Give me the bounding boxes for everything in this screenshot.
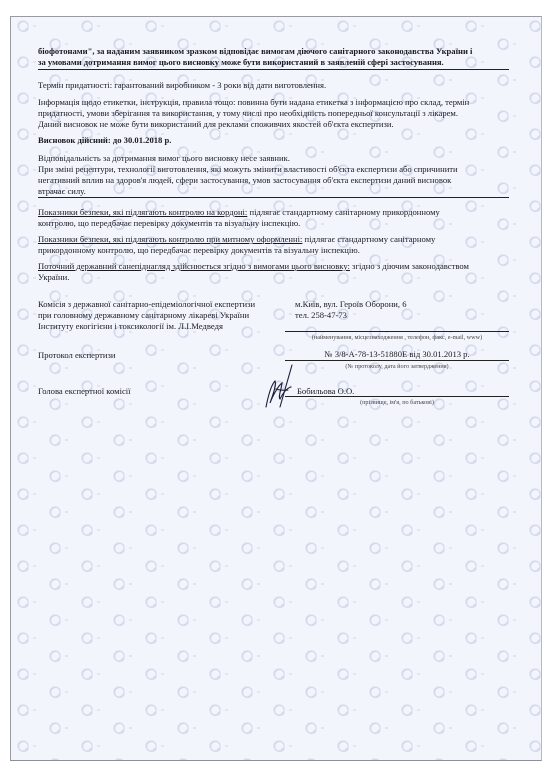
- commission-name-2: при головному державному санітарному лік…: [38, 310, 278, 321]
- commission-address: м.Київ, вул. Героїв Оборони, 6: [295, 299, 495, 310]
- supervision: Поточний державний санепіднагляд здійсню…: [38, 261, 508, 272]
- responsibility-3: негативний вплив на здоров'я людей, сфер…: [38, 175, 508, 186]
- commission-name-1: Комісія з державної санітарно-епідеміоло…: [38, 299, 278, 310]
- label-info-3: Даний висновок не може бути використаний…: [38, 119, 508, 130]
- border-control-2: контролю, що передбачає перевірку докуме…: [38, 218, 508, 229]
- chair-caption: (прізвище, ім'я, по батькові): [285, 398, 509, 409]
- supervision-label: Поточний державний санепіднагляд здійсню…: [38, 261, 350, 271]
- divider: [38, 69, 509, 70]
- chair-label: Голова експертної комісії: [38, 386, 238, 397]
- commission-caption: (найменування, місцезнаходження , телефо…: [285, 333, 509, 344]
- commission-name-3: Інституту екогігієни і токсикології ім. …: [38, 321, 278, 332]
- protocol-caption: (№ протоколу, дата його затвердження): [285, 362, 509, 373]
- commission-phone: тел. 258-47-73: [295, 310, 495, 321]
- customs-control-2: прикордонному контролю, що передбачає пе…: [38, 245, 508, 256]
- signature-icon: [262, 363, 298, 413]
- customs-control: Показники безпеки, які підлягають контро…: [38, 234, 508, 245]
- protocol-label: Протокол експертизи: [38, 350, 238, 361]
- chair-name: Бобильова О.О.: [297, 386, 497, 397]
- protocol-rule: [285, 360, 509, 361]
- label-info-2: придатності, умови зберігання та викорис…: [38, 108, 508, 119]
- commission-rule: [285, 331, 509, 332]
- supervision-2: України.: [38, 272, 508, 283]
- responsibility-4: втрачає силу.: [38, 186, 508, 197]
- responsibility-2: При зміні рецептури, технології виготовл…: [38, 164, 508, 175]
- border-control: Показники безпеки, які підлягають контро…: [38, 207, 508, 218]
- responsibility-1: Відповідальність за дотримання вимог цьо…: [38, 153, 508, 164]
- conclusion-line-2: за умовами дотримання вимог цього виснов…: [38, 57, 508, 68]
- conclusion-line-1: біофотонами", за наданим заявником зразк…: [38, 46, 508, 57]
- shelf-life: Термін придатності: гарантований виробни…: [38, 80, 508, 91]
- chair-rule: [285, 396, 509, 397]
- customs-control-label: Показники безпеки, які підлягають контро…: [38, 234, 302, 244]
- divider: [38, 197, 509, 198]
- label-info-1: Інформація щодо етикетки, інструкція, пр…: [38, 97, 508, 108]
- border-control-label: Показники безпеки, які підлягають контро…: [38, 207, 247, 217]
- valid-until: Висновок дійсний: до 30.01.2018 р.: [38, 135, 508, 146]
- document-page: біофотонами", за наданим заявником зразк…: [10, 16, 542, 761]
- protocol-value: № 3/8-А-78-13-51880Е від 30.01.2013 р.: [285, 349, 509, 360]
